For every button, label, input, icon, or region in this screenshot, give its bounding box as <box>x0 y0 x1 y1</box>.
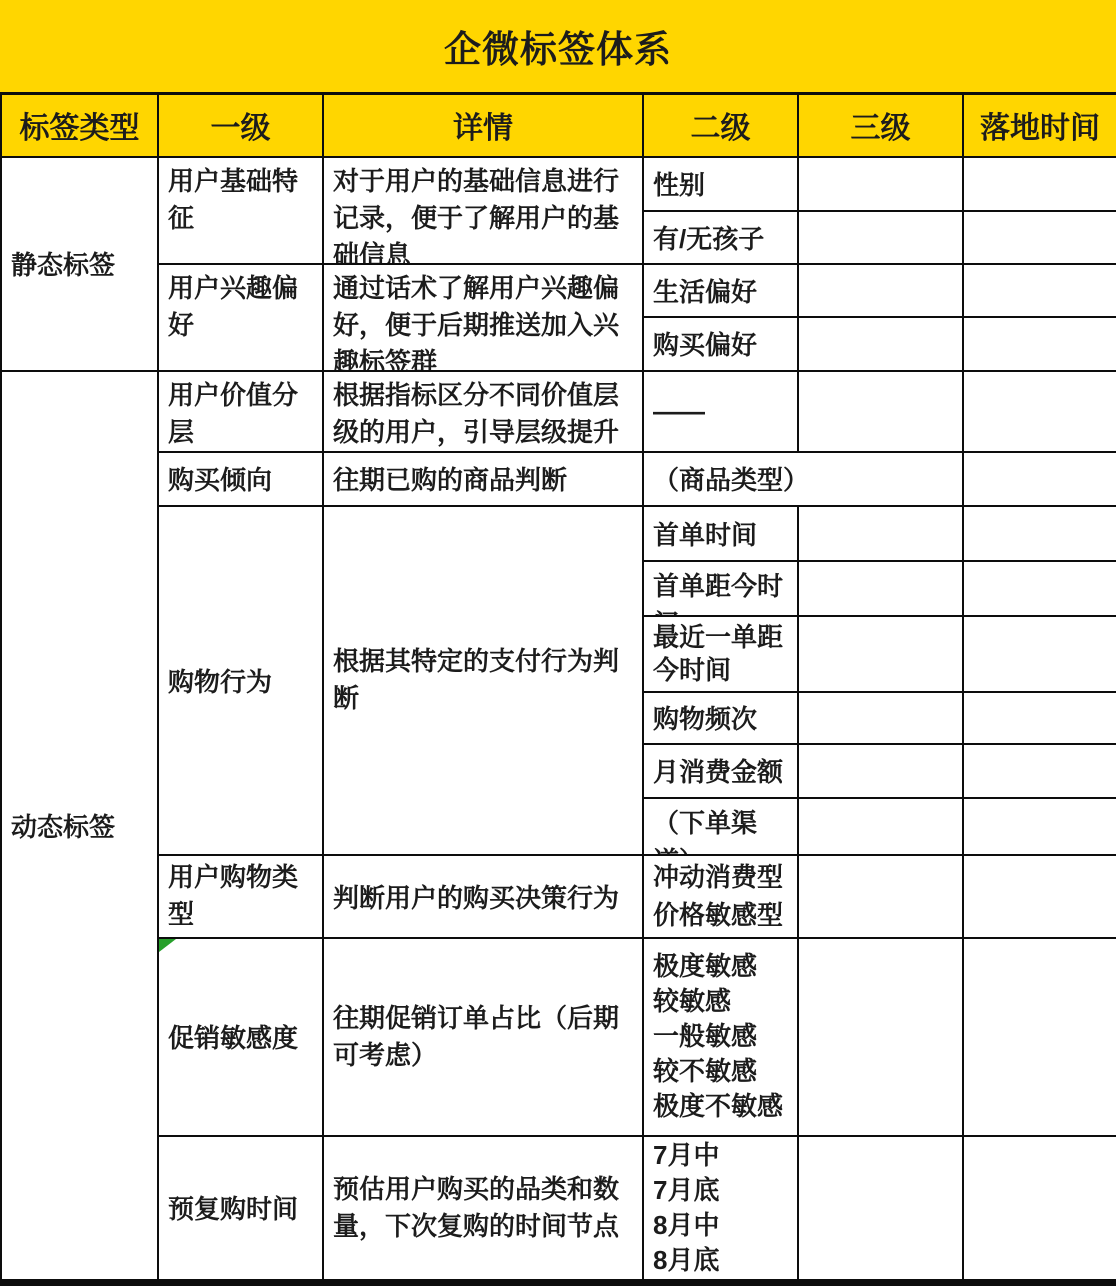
table-row: 购物行为 根据其特定的支付行为判断 首单时间 <box>1 506 1116 561</box>
level3-empty-cell <box>798 1136 963 1283</box>
level2-cell-first-order-ago: 首单距今时间 <box>643 561 798 616</box>
header-row: 标签类型 一级 详情 二级 三级 落地时间 <box>1 94 1116 157</box>
section-dynamic-cell: 动态标签 <box>1 371 158 1283</box>
tag-table: 标签类型 一级 详情 二级 三级 落地时间 静态标签 用户基础特征 对于用户的基… <box>0 92 1116 1286</box>
table-title: 企微标签体系 <box>0 0 1116 92</box>
level3-empty-cell <box>798 855 963 938</box>
detail-cell-promo-sensitivity: 往期促销订单占比（后期可考虑） <box>323 938 643 1136</box>
level3-empty-cell <box>798 798 963 855</box>
landing-time-empty-cell <box>963 452 1116 506</box>
level3-empty-cell <box>798 561 963 616</box>
level2-cell-life-pref: 生活偏好 <box>643 264 798 317</box>
level1-cell-user-value-tier: 用户价值分层 <box>158 371 323 452</box>
level3-empty-cell <box>798 371 963 452</box>
landing-time-empty-cell <box>963 157 1116 211</box>
comment-marker-icon <box>159 939 176 952</box>
header-level3: 三级 <box>798 94 963 157</box>
level1-cell-user-basic: 用户基础特征 <box>158 157 323 264</box>
level2-cell-repurchase-months: 7月中 7月底 8月中 8月底 <box>643 1136 798 1283</box>
level1-cell-repurchase-time: 预复购时间 <box>158 1136 323 1283</box>
table-row: 用户兴趣偏好 通过话术了解用户兴趣偏好，便于后期推送加入兴趣标签群 生活偏好 <box>1 264 1116 317</box>
table-row: 预复购时间 预估用户购买的品类和数量，下次复购的时间节点 7月中 7月底 8月中… <box>1 1136 1116 1283</box>
detail-cell-shopping-behavior: 根据其特定的支付行为判断 <box>323 506 643 855</box>
level1-cell-user-interest: 用户兴趣偏好 <box>158 264 323 371</box>
section-static-cell: 静态标签 <box>1 157 158 371</box>
landing-time-empty-cell <box>963 506 1116 561</box>
landing-time-empty-cell <box>963 1136 1116 1283</box>
level2-cell-dash: —— <box>643 371 798 452</box>
header-level2: 二级 <box>643 94 798 157</box>
level2-cell-last-order-ago: 最近一单距今时间 <box>643 616 798 692</box>
level2-cell-product-type: （商品类型） <box>643 452 963 506</box>
level1-cell-shopper-type: 用户购物类型 <box>158 855 323 938</box>
level3-empty-cell <box>798 317 963 371</box>
header-detail: 详情 <box>323 94 643 157</box>
level2-cell-order-channel: （下单渠道） <box>643 798 798 855</box>
table-row: 促销敏感度 往期促销订单占比（后期可考虑） 极度敏感 较敏感 一般敏感 较不敏感… <box>1 938 1116 1136</box>
table-row: 动态标签 用户价值分层 根据指标区分不同价值层级的用户，引导层级提升 —— <box>1 371 1116 452</box>
level3-empty-cell <box>798 157 963 211</box>
level3-empty-cell <box>798 938 963 1136</box>
table-row: 静态标签 用户基础特征 对于用户的基础信息进行记录，便于了解用户的基础信息 性别 <box>1 157 1116 211</box>
detail-cell-user-basic: 对于用户的基础信息进行记录，便于了解用户的基础信息 <box>323 157 643 264</box>
level3-empty-cell <box>798 264 963 317</box>
landing-time-empty-cell <box>963 264 1116 317</box>
landing-time-empty-cell <box>963 744 1116 798</box>
landing-time-empty-cell <box>963 211 1116 264</box>
landing-time-empty-cell <box>963 317 1116 371</box>
table-row: 购买倾向 往期已购的商品判断 （商品类型） <box>1 452 1116 506</box>
detail-cell-purchase-tendency: 往期已购的商品判断 <box>323 452 643 506</box>
detail-cell-shopper-type: 判断用户的购买决策行为 <box>323 855 643 938</box>
header-landing-time: 落地时间 <box>963 94 1116 157</box>
level2-cell-purchase-pref: 购买偏好 <box>643 317 798 371</box>
detail-cell-user-value-tier: 根据指标区分不同价值层级的用户，引导层级提升 <box>323 371 643 452</box>
landing-time-empty-cell <box>963 371 1116 452</box>
header-tag-type: 标签类型 <box>1 94 158 157</box>
header-level1: 一级 <box>158 94 323 157</box>
level2-cell-impulse-price: 冲动消费型 价格敏感型 <box>643 855 798 938</box>
level3-empty-cell <box>798 616 963 692</box>
level3-empty-cell <box>798 692 963 744</box>
level3-empty-cell <box>798 506 963 561</box>
landing-time-empty-cell <box>963 616 1116 692</box>
landing-time-empty-cell <box>963 938 1116 1136</box>
landing-time-empty-cell <box>963 798 1116 855</box>
landing-time-empty-cell <box>963 855 1116 938</box>
landing-time-empty-cell <box>963 561 1116 616</box>
level1-cell-promo-sensitivity: 促销敏感度 <box>158 938 323 1136</box>
level1-cell-shopping-behavior: 购物行为 <box>158 506 323 855</box>
level1-cell-purchase-tendency: 购买倾向 <box>158 452 323 506</box>
table-row: 用户购物类型 判断用户的购买决策行为 冲动消费型 价格敏感型 <box>1 855 1116 938</box>
detail-cell-user-interest: 通过话术了解用户兴趣偏好，便于后期推送加入兴趣标签群 <box>323 264 643 371</box>
level3-empty-cell <box>798 211 963 264</box>
detail-cell-repurchase-time: 预估用户购买的品类和数量，下次复购的时间节点 <box>323 1136 643 1283</box>
wecom-tag-table: 企微标签体系 标签类型 一级 详情 二级 三级 落地时间 静态标签 用户 <box>0 0 1116 1286</box>
level3-empty-cell <box>798 744 963 798</box>
level2-cell-frequency: 购物频次 <box>643 692 798 744</box>
level2-cell-monthly-spend: 月消费金额 <box>643 744 798 798</box>
level2-cell-gender: 性别 <box>643 157 798 211</box>
level2-cell-sensitivity-levels: 极度敏感 较敏感 一般敏感 较不敏感 极度不敏感 <box>643 938 798 1136</box>
landing-time-empty-cell <box>963 692 1116 744</box>
level2-cell-has-children: 有/无孩子 <box>643 211 798 264</box>
level2-cell-first-order-time: 首单时间 <box>643 506 798 561</box>
